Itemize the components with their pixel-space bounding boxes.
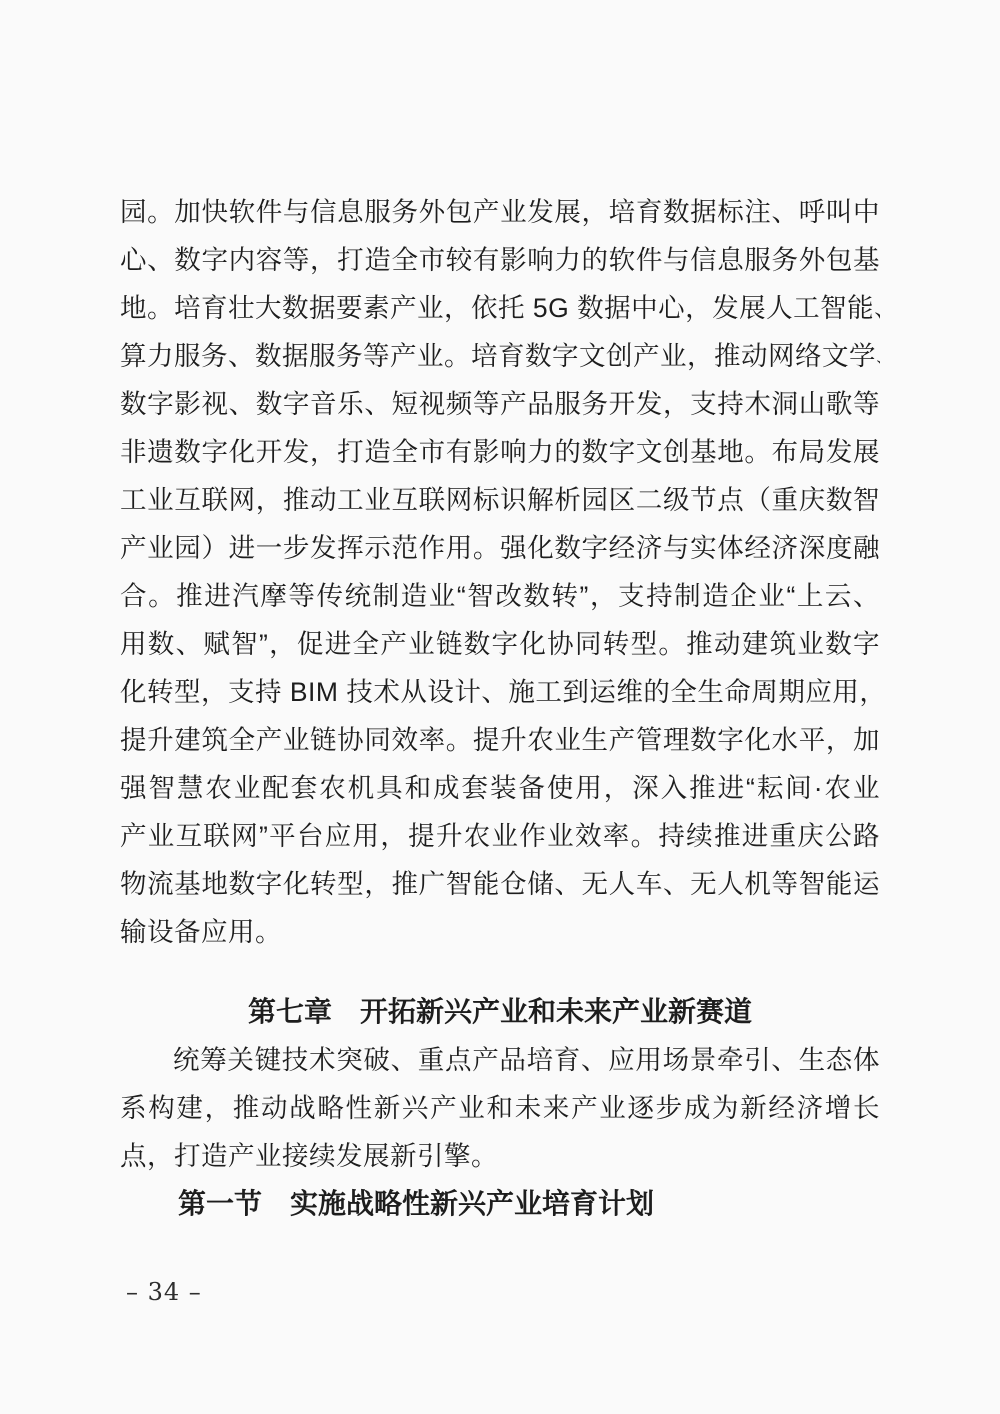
body-text-line: 用数、赋智”，促进全产业链数字化协同转型。推动建筑业数字 bbox=[120, 620, 880, 668]
chapter-label: 第七章 bbox=[248, 996, 332, 1027]
body-text-line: 工业互联网，推动工业互联网标识解析园区二级节点（重庆数智 bbox=[120, 476, 880, 524]
body-text-line: 强智慧农业配套农机具和成套装备使用，深入推进“耘间·农业 bbox=[120, 764, 880, 812]
body-text-line: 提升建筑全产业链协同效率。提升农业生产管理数字化水平，加 bbox=[120, 716, 880, 764]
section-label: 第一节 bbox=[178, 1188, 262, 1219]
chapter-heading: 第七章开拓新兴产业和未来产业新赛道 bbox=[120, 988, 880, 1036]
body-text-line: 合。推进汽摩等传统制造业“智改数转”，支持制造企业“上云、 bbox=[120, 572, 880, 620]
section-title: 实施战略性新兴产业培育计划 bbox=[290, 1188, 654, 1219]
body-text-line: 算力服务、数据服务等产业。培育数字文创产业，推动网络文学、 bbox=[120, 332, 880, 380]
body-paragraph: 园。加快软件与信息服务外包产业发展，培育数据标注、呼叫中 心、数字内容等，打造全… bbox=[120, 188, 880, 956]
body-text-line: 输设备应用。 bbox=[120, 908, 880, 956]
body-text-line: 非遗数字化开发，打造全市有影响力的数字文创基地。布局发展 bbox=[120, 428, 880, 476]
body-text-line: 物流基地数字化转型，推广智能仓储、无人车、无人机等智能运 bbox=[120, 860, 880, 908]
vertical-spacer bbox=[120, 956, 880, 988]
intro-paragraph: 统筹关键技术突破、重点产品培育、应用场景牵引、生态体 系构建，推动战略性新兴产业… bbox=[120, 1036, 880, 1180]
body-text-line: 数字影视、数字音乐、短视频等产品服务开发，支持木洞山歌等 bbox=[120, 380, 880, 428]
body-text-line: 系构建，推动战略性新兴产业和未来产业逐步成为新经济增长 bbox=[120, 1084, 880, 1132]
page-number: – 34 – bbox=[126, 1278, 202, 1306]
body-text-line: 地。培育壮大数据要素产业，依托 5G 数据中心，发展人工智能、 bbox=[120, 284, 880, 332]
body-text-line: 点，打造产业接续发展新引擎。 bbox=[120, 1132, 880, 1180]
section-heading: 第一节实施战略性新兴产业培育计划 bbox=[120, 1180, 880, 1228]
document-page: 园。加快软件与信息服务外包产业发展，培育数据标注、呼叫中 心、数字内容等，打造全… bbox=[0, 0, 1000, 1414]
body-text-line: 化转型，支持 BIM 技术从设计、施工到运维的全生命周期应用， bbox=[120, 668, 880, 716]
body-text-line: 产业园）进一步发挥示范作用。强化数字经济与实体经济深度融 bbox=[120, 524, 880, 572]
chapter-title: 开拓新兴产业和未来产业新赛道 bbox=[360, 996, 752, 1027]
body-text-line: 园。加快软件与信息服务外包产业发展，培育数据标注、呼叫中 bbox=[120, 188, 880, 236]
body-text-line: 统筹关键技术突破、重点产品培育、应用场景牵引、生态体 bbox=[120, 1036, 880, 1084]
body-text-line: 心、数字内容等，打造全市较有影响力的软件与信息服务外包基 bbox=[120, 236, 880, 284]
body-text-line: 产业互联网”平台应用，提升农业作业效率。持续推进重庆公路 bbox=[120, 812, 880, 860]
page-content: 园。加快软件与信息服务外包产业发展，培育数据标注、呼叫中 心、数字内容等，打造全… bbox=[120, 188, 880, 1228]
